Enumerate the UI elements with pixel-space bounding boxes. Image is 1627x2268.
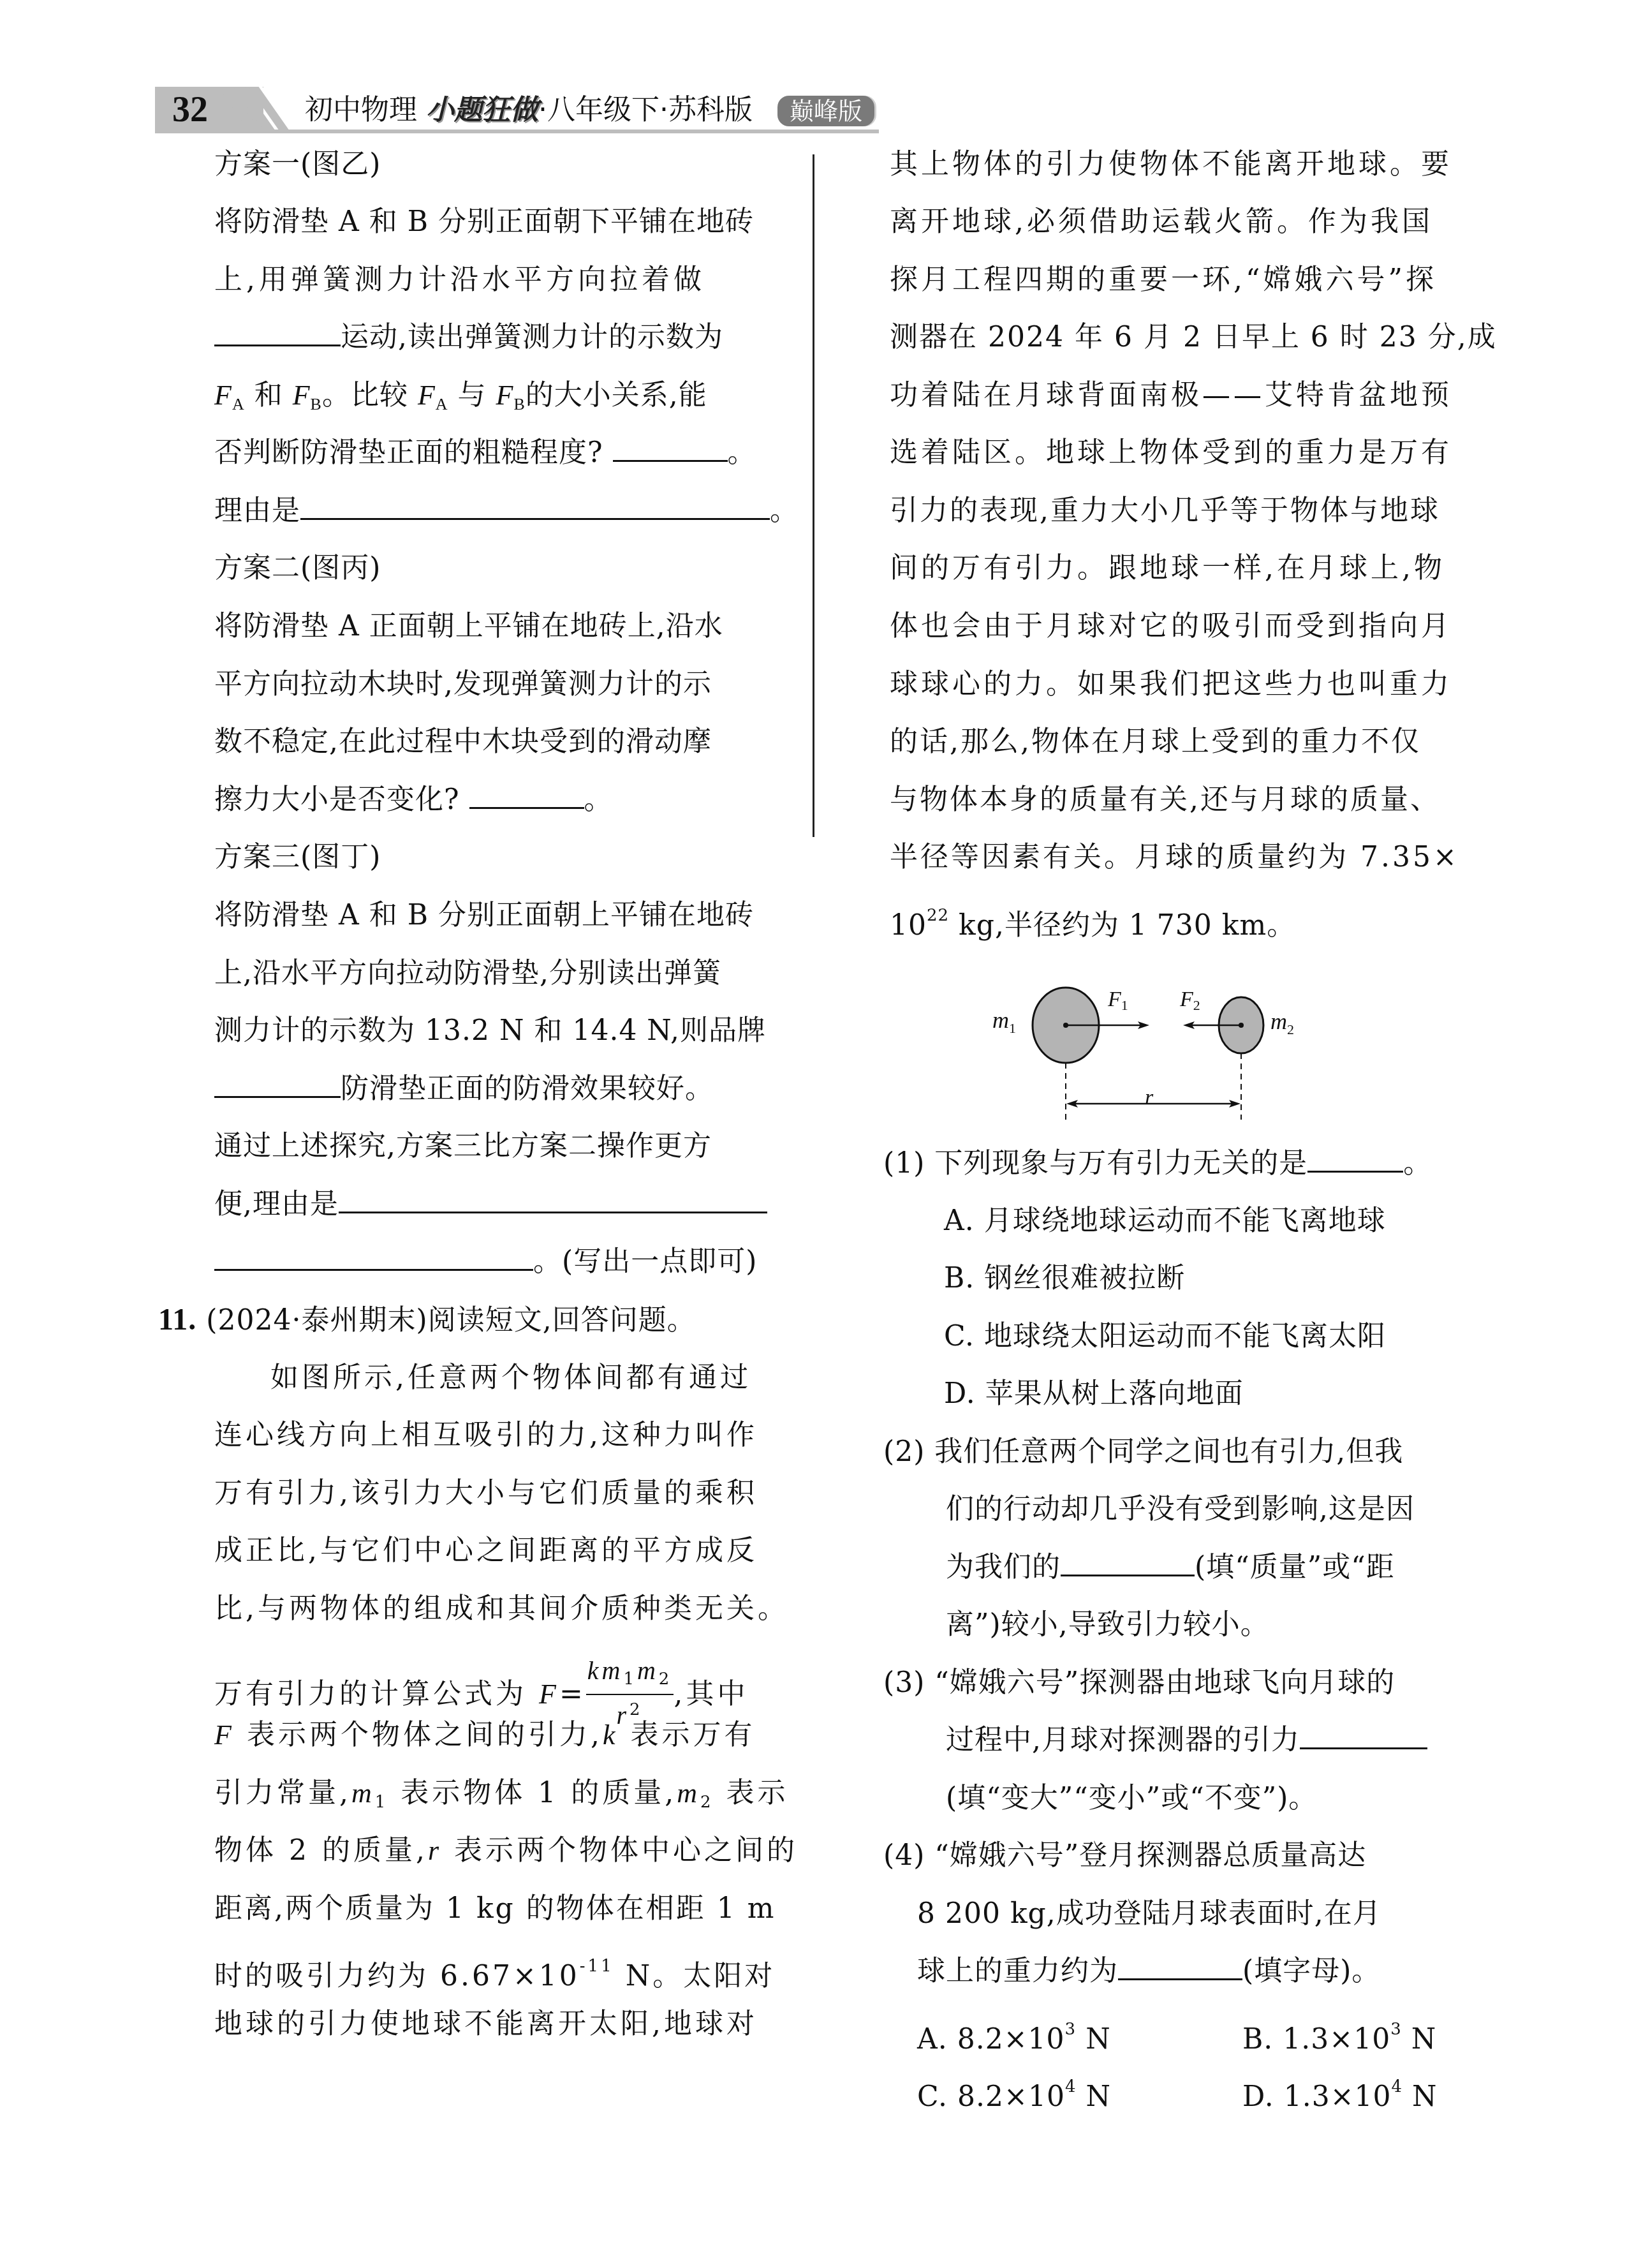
- text-fragment: 过程中,月球对探测器的引力: [946, 1724, 1300, 1756]
- scheme-three-heading: 方案三(图丁): [214, 838, 381, 877]
- text-fragment: 表示两个物体中心之间的: [454, 1834, 798, 1867]
- label-text: F: [1108, 988, 1121, 1011]
- text-line: 将防滑垫 A 和 B 分别正面朝下平铺在地砖: [214, 203, 754, 241]
- answer-blank[interactable]: [1061, 1550, 1195, 1576]
- option-value: 8.2×10: [957, 2080, 1065, 2113]
- option-text: 苹果从树上落向地面: [985, 1377, 1244, 1410]
- answer-blank[interactable]: [214, 320, 341, 346]
- text-fragment: 。: [728, 436, 756, 469]
- symbol-f: F: [293, 380, 311, 411]
- option-d[interactable]: D. 苹果从树上落向地面: [944, 1375, 1244, 1413]
- book-title: 初中物理 小题狂做·八年级下·苏科版: [305, 93, 753, 128]
- option-a[interactable]: A. 月球绕地球运动而不能飞离地球: [944, 1202, 1386, 1240]
- passage-line: 时的吸引力约为 6.67×10-11 N。太阳对: [214, 1947, 775, 1985]
- text-line: 运动,读出弹簧测力计的示数为: [214, 318, 723, 357]
- subscript: 2: [700, 1793, 714, 1812]
- symbol-f: F: [214, 380, 232, 411]
- subscript-a: A: [232, 395, 245, 413]
- answer-blank[interactable]: [1300, 1723, 1427, 1749]
- subquestion-1: (1) 下列现象与万有引力无关的是。: [883, 1145, 1432, 1183]
- exponent: 4: [1065, 2077, 1077, 2096]
- subquestion-text: “嫦娥六号”登月探测器总质量高达: [934, 1839, 1366, 1872]
- option-c[interactable]: C. 8.2×104 N: [917, 2068, 1111, 2106]
- formula-text: km: [587, 1656, 624, 1685]
- text-fragment: 。比较: [322, 379, 408, 411]
- text-fragment: 时的吸引力约为 6.67×10: [214, 1960, 580, 1992]
- passage-line: 引力常量,m1 表示物体 1 的质量,m2 表示: [214, 1774, 789, 1812]
- subquestion-4: (4) “嫦娥六号”登月探测器总质量高达: [883, 1837, 1366, 1875]
- answer-blank[interactable]: [1118, 1954, 1242, 1980]
- text-line: 将防滑垫 A 正面朝上平铺在地砖上,沿水: [214, 607, 723, 646]
- label-text: m: [1270, 1009, 1287, 1034]
- passage-line: 球球心的力。如果我们把这些力也叫重力: [890, 665, 1452, 704]
- unit: N: [1076, 2080, 1111, 2113]
- label-f2: F2: [1180, 988, 1200, 1014]
- text-fragment: (填“质量”或“距: [1195, 1551, 1395, 1583]
- text-fragment: 表示万有: [630, 1719, 755, 1751]
- text-fragment: ,其中: [674, 1678, 748, 1710]
- option-text: 月球绕地球运动而不能飞离地球: [984, 1204, 1386, 1237]
- option-label: D.: [1242, 2080, 1274, 2113]
- option-text: 地球绕太阳运动而不能飞离太阳: [984, 1320, 1386, 1353]
- text-line: 。(写出一点即可): [214, 1243, 757, 1281]
- var-r: r: [428, 1835, 442, 1866]
- passage-line: 半径等因素有关。月球的质量约为 7.35×: [890, 838, 1459, 877]
- page-number: 32: [172, 89, 208, 130]
- formula-lhs: F: [539, 1679, 559, 1710]
- text-fragment: 。: [1403, 1147, 1432, 1180]
- passage-line: 体也会由于月球对它的吸引而受到指向月: [890, 607, 1452, 646]
- text-line: 否判断防滑垫正面的粗糙程度? 。: [214, 434, 756, 472]
- header-underline: [155, 130, 879, 133]
- text-line: 为我们的(填“质量”或“距: [946, 1548, 1395, 1587]
- option-b[interactable]: B. 钢丝很难被拉断: [944, 1259, 1185, 1298]
- label-sub: 1: [1121, 997, 1128, 1013]
- text-fragment: (填字母)。: [1242, 1955, 1380, 1987]
- answer-blank[interactable]: [613, 436, 728, 462]
- question-11-header: 11. (2024·泰州期末)阅读短文,回答问题。: [158, 1301, 696, 1339]
- option-label: C.: [917, 2080, 948, 2113]
- answer-blank[interactable]: [214, 1245, 533, 1271]
- option-d[interactable]: D. 1.3×104 N: [1242, 2068, 1438, 2106]
- brand-logo: 小题狂做: [426, 94, 538, 126]
- text-fragment: 。(写出一点即可): [533, 1245, 757, 1278]
- question-source-intro: (2024·泰州期末)阅读短文,回答问题。: [206, 1304, 695, 1337]
- option-text: 钢丝很难被拉断: [984, 1262, 1185, 1294]
- text-fragment: 和: [254, 379, 283, 411]
- answer-blank[interactable]: [339, 1187, 767, 1213]
- subquestion-number: (2): [883, 1435, 925, 1468]
- formula-sub: 1: [623, 1670, 637, 1689]
- formula-line: 万有引力的计算公式为 F= km1m2 r2 ,其中: [214, 1659, 748, 1716]
- text-line: 们的行动却几乎没有受到影响,这是因: [946, 1490, 1415, 1529]
- option-a[interactable]: A. 8.2×103 N: [917, 2010, 1111, 2049]
- text-line: FA 和 FB。比较 FA 与 FB的大小关系,能: [214, 376, 707, 415]
- label-text: F: [1180, 988, 1193, 1011]
- passage-line: 测器在 2024 年 6 月 2 日早上 6 时 23 分,成: [890, 318, 1497, 357]
- exponent: 4: [1392, 2077, 1403, 2096]
- label-sub: 2: [1287, 1021, 1294, 1037]
- text-line: 数不稳定,在此过程中木块受到的滑动摩: [214, 723, 712, 761]
- scheme-one-heading: 方案一(图乙): [214, 145, 381, 184]
- text-fragment: 否判断防滑垫正面的粗糙程度?: [214, 436, 603, 469]
- label-r: r: [1145, 1086, 1153, 1110]
- option-value: 1.3×10: [1284, 2080, 1392, 2113]
- label-text: m: [992, 1007, 1009, 1033]
- exponent: -11: [580, 1957, 614, 1976]
- text-fragment: 擦力大小是否变化?: [214, 783, 460, 816]
- gravitation-diagram: [982, 979, 1301, 1126]
- text-fragment: 运动,读出弹簧测力计的示数为: [341, 321, 723, 353]
- answer-blank[interactable]: [469, 783, 584, 809]
- text-line: 过程中,月球对探测器的引力: [946, 1721, 1427, 1760]
- exponent: 3: [1390, 2020, 1402, 2039]
- subquestion-text: “嫦娥六号”探测器由地球飞向月球的: [934, 1666, 1395, 1699]
- option-label: B.: [1242, 2023, 1273, 2056]
- text-fragment: 引力常量,: [214, 1777, 351, 1809]
- option-value: 8.2×10: [957, 2023, 1065, 2056]
- answer-blank[interactable]: [300, 494, 770, 520]
- text-fragment: 防滑垫正面的防滑效果较好。: [341, 1072, 714, 1105]
- passage-line: 连心线方向上相互吸引的力,这种力叫作: [214, 1416, 758, 1455]
- subquestion-number: (4): [883, 1839, 925, 1872]
- var-m2: m: [677, 1777, 700, 1809]
- passage-line: 间的万有引力。跟地球一样,在月球上,物: [890, 549, 1445, 588]
- subquestion-text: 下列现象与万有引力无关的是: [934, 1147, 1307, 1180]
- text-fragment: N。太阳对: [614, 1960, 776, 1992]
- symbol-f: F: [496, 380, 514, 411]
- subquestion-text: 我们任意两个同学之间也有引力,但我: [934, 1435, 1403, 1468]
- text-fragment: 球上的重力约为: [917, 1955, 1118, 1987]
- edition-badge: 巅峰版: [777, 96, 874, 126]
- passage-line: 引力的表现,重力大小几乎等于物体与地球: [890, 492, 1440, 530]
- column-divider: [813, 154, 814, 837]
- var-m1: m: [351, 1777, 375, 1809]
- passage-line: 1022 kg,半径约为 1 730 km。: [890, 896, 1295, 935]
- text-fragment: 的大小关系,能: [526, 379, 707, 411]
- formula-numerator: km1m2: [586, 1656, 674, 1695]
- text-fragment: 理由是: [214, 494, 300, 527]
- text-fragment: 物体 2 的质量,: [214, 1834, 428, 1867]
- exponent: 3: [1065, 2020, 1077, 2039]
- text-line: 离”)较小,导致引力较小。: [946, 1606, 1269, 1644]
- subquestion-3: (3) “嫦娥六号”探测器由地球飞向月球的: [883, 1664, 1395, 1702]
- text-fragment: 表示物体 1 的质量,: [401, 1777, 677, 1809]
- passage-line: 比,与两物体的组成和其间介质种类无关。: [214, 1590, 789, 1628]
- text-fragment: 万有引力的计算公式为: [214, 1678, 527, 1710]
- text-line: 平方向拉动木块时,发现弹簧测力计的示: [214, 665, 712, 704]
- option-label: A.: [944, 1204, 975, 1237]
- option-b[interactable]: B. 1.3×103 N: [1242, 2010, 1436, 2049]
- option-label: D.: [944, 1377, 976, 1410]
- answer-blank[interactable]: [214, 1072, 341, 1098]
- passage-line: 选着陆区。地球上物体受到的重力是万有: [890, 434, 1452, 472]
- scheme-two-heading: 方案二(图丙): [214, 549, 381, 588]
- passage-line: 探月工程四期的重要一环,“嫦娥六号”探: [890, 261, 1437, 299]
- text-line: 将防滑垫 A 和 B 分别正面朝上平铺在地砖: [214, 896, 754, 935]
- option-label: A.: [917, 2023, 948, 2056]
- text-fragment: 。: [584, 783, 613, 816]
- subscript: 1: [375, 1793, 389, 1812]
- subquestion-number: (1): [883, 1147, 925, 1180]
- text-fragment: 表示两个物体之间的引力,: [247, 1719, 603, 1751]
- formula-equals: =: [559, 1678, 586, 1710]
- title-subject: 初中物理: [305, 94, 426, 126]
- exponent: 22: [927, 906, 949, 925]
- unit: N: [1402, 2023, 1437, 2056]
- text-line: (填“变大”“变小”或“不变”)。: [946, 1779, 1317, 1818]
- passage-line: 万有引力,该引力大小与它们质量的乘积: [214, 1474, 758, 1513]
- text-line: 通过上述探究,方案三比方案二操作更方: [214, 1127, 712, 1166]
- subscript-b: B: [311, 395, 322, 413]
- option-label: C.: [944, 1320, 975, 1353]
- passage-line: 成正比,与它们中心之间距离的平方成反: [214, 1532, 758, 1570]
- option-value: 1.3×10: [1283, 2023, 1390, 2056]
- label-f1: F1: [1108, 988, 1128, 1014]
- passage-line: 其上物体的引力使物体不能离开地球。要: [890, 145, 1452, 184]
- passage-line: F 表示两个物体之间的引力,k 表示万有: [214, 1716, 755, 1754]
- text-line: 理由是。: [214, 492, 799, 530]
- text-line: 上,沿水平方向拉动防滑垫,分别读出弹簧: [214, 954, 721, 993]
- formula-sub: 2: [659, 1670, 673, 1689]
- label-sub: 2: [1193, 997, 1200, 1013]
- text-line: 球上的重力约为(填字母)。: [917, 1952, 1380, 1990]
- var-f: F: [214, 1719, 235, 1751]
- text-line: 8 200 kg,成功登陆月球表面时,在月: [917, 1895, 1381, 1933]
- passage-line: 离开地球,必须借助运载火箭。作为我国: [890, 203, 1433, 241]
- text-fragment: kg,半径约为 1 730 km。: [949, 909, 1295, 942]
- text-fragment: 与: [458, 379, 487, 411]
- passage-line: 距离,两个质量为 1 kg 的物体在相距 1 m: [214, 1890, 776, 1928]
- option-label: B.: [944, 1262, 975, 1294]
- var-k: k: [603, 1719, 619, 1751]
- subquestion-2: (2) 我们任意两个同学之间也有引力,但我: [883, 1433, 1403, 1471]
- text-fragment: 。: [770, 494, 799, 527]
- text-line: 上,用弹簧测力计沿水平方向拉着做: [214, 261, 705, 299]
- passage-line: 与物体本身的质量有关,还与月球的质量、: [890, 781, 1440, 819]
- passage-line: 如图所示,任意两个物体间都有通过: [270, 1359, 751, 1397]
- title-grade-edition: ·八年级下·苏科版: [538, 94, 753, 126]
- text-fragment: 为我们的: [946, 1551, 1061, 1583]
- label-m2: m2: [1270, 1008, 1294, 1038]
- label-sub: 1: [1009, 1020, 1016, 1036]
- unit: N: [1402, 2080, 1438, 2113]
- text-line: 便,理由是: [214, 1185, 767, 1224]
- unit: N: [1076, 2023, 1111, 2056]
- passage-line: 的话,那么,物体在月球上受到的重力不仅: [890, 723, 1421, 761]
- passage-line: 功着陆在月球背面南极——艾特肯盆地预: [890, 376, 1452, 415]
- text-fragment: 便,理由是: [214, 1188, 339, 1220]
- passage-line: 地球的引力使地球不能离开太阳,地球对: [214, 2005, 758, 2043]
- subquestion-number: (3): [883, 1666, 925, 1699]
- symbol-f: F: [418, 380, 436, 411]
- answer-blank[interactable]: [1307, 1146, 1403, 1173]
- text-line: 防滑垫正面的防滑效果较好。: [214, 1070, 714, 1108]
- subscript-b: B: [513, 395, 525, 413]
- formula-text: m: [637, 1656, 659, 1685]
- text-line: 测力计的示数为 13.2 N 和 14.4 N,则品牌: [214, 1012, 766, 1050]
- text-fragment: 表示: [726, 1777, 789, 1809]
- text-fragment: 10: [890, 909, 927, 942]
- question-number: 11.: [158, 1303, 196, 1337]
- subscript-a: A: [436, 395, 448, 413]
- option-c[interactable]: C. 地球绕太阳运动而不能飞离太阳: [944, 1317, 1386, 1356]
- label-m1: m1: [992, 1007, 1016, 1037]
- text-line: 擦力大小是否变化? 。: [214, 781, 613, 819]
- passage-line: 物体 2 的质量,r 表示两个物体中心之间的: [214, 1832, 798, 1870]
